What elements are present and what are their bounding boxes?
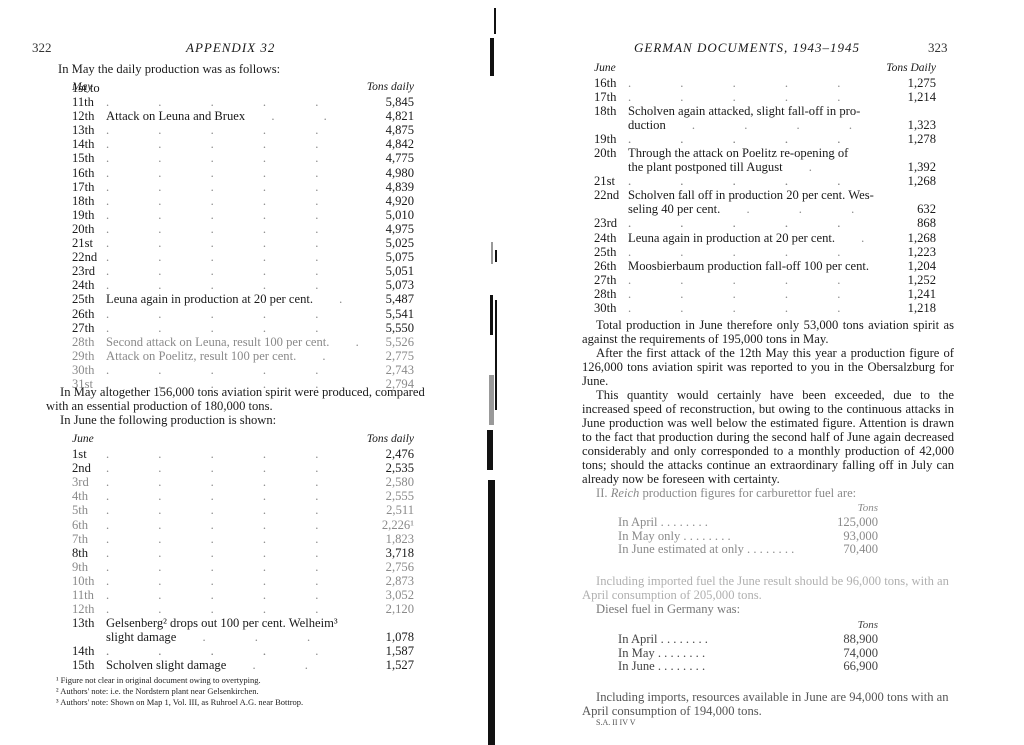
row-value: 1,252 <box>880 273 936 287</box>
row-day: 19th <box>72 208 106 222</box>
diesel-note: Including imports, resources available i… <box>582 690 954 728</box>
row-note: . . . . . . . . . . . . . . <box>628 90 880 104</box>
table-header: May Tons daily <box>72 79 414 95</box>
row-value: 4,975 <box>358 222 414 236</box>
table-row: 30th . . . . . . . . . . . . . .1,218 <box>594 301 936 315</box>
diesel-note-text: Including imports, resources available i… <box>582 690 954 718</box>
row-note: . . . . . . . . . . . . . . <box>106 546 358 560</box>
table-row: 4th . . . . . . . . . . . . . .2,555 <box>72 489 414 503</box>
table-row: 25th . . . . . . . . . . . . . .1,223 <box>594 245 936 259</box>
row-note: . . . . . . . . . . . . . . <box>628 216 880 230</box>
row-value: 5,487 <box>358 292 414 306</box>
table-row: 12thAttack on Leuna and Bruex . . . . . … <box>72 109 414 123</box>
row-day: 25th <box>72 292 106 306</box>
table-row: 15th Scholven slight damage . . . . . . … <box>72 658 414 672</box>
row-value: 2,775 <box>358 349 414 363</box>
col-value: Tons <box>618 619 878 633</box>
row-value: 1,241 <box>880 287 936 301</box>
row-value: 5,025 <box>358 236 414 250</box>
row-value: 2,555 <box>358 489 414 503</box>
row-value: 1,204 <box>880 259 936 273</box>
row-day: 13th <box>72 616 106 630</box>
row-note: . . . . . . . . . . . . . . <box>106 137 358 151</box>
row-day: 28th <box>594 287 628 301</box>
row-value: 1,214 <box>880 90 936 104</box>
row-note: . . . . . . . . . . . . . . <box>628 76 880 90</box>
table-row: 20th . . . . . . . . . . . . . .4,975 <box>72 222 414 236</box>
table-row: In May . . . . . . . .74,000 <box>618 647 878 661</box>
row-note: . . . . . . . . . . . . . . <box>106 560 358 574</box>
row-value: 5,073 <box>358 278 414 292</box>
row-value: 1,078 <box>358 630 414 644</box>
row-day: 30th <box>72 363 106 377</box>
row-value: 5,845 <box>358 95 414 109</box>
row-note: . . . . . . . . . . . . . . <box>628 287 880 301</box>
table-row: 28thSecond attack on Leuna, result 100 p… <box>72 335 414 349</box>
row-day: 14th <box>72 644 106 658</box>
row-note: . . . . . . . . . . . . . . <box>106 532 358 546</box>
table-row: 24th . . . . . . . . . . . . . .5,073 <box>72 278 414 292</box>
row-day: 15th <box>72 151 106 165</box>
table-row: 19th . . . . . . . . . . . . . .5,010 <box>72 208 414 222</box>
section-ii-heading: II. Reich production figures for carbure… <box>582 486 954 500</box>
table-row: 23rd . . . . . . . . . . . . . .5,051 <box>72 264 414 278</box>
table-row: 18th . . . . . . . . . . . . . .4,920 <box>72 194 414 208</box>
row-value: 5,550 <box>358 321 414 335</box>
row-day: 18th <box>72 194 106 208</box>
footnote-1: ¹ Figure not clear in original document … <box>56 675 436 686</box>
row-day: 3rd <box>72 475 106 489</box>
table-row: 5th . . . . . . . . . . . . . .2,511 <box>72 503 414 517</box>
left-page: 322 APPENDIX 32 In May the daily product… <box>0 0 470 745</box>
paragraph-3: This quantity would certainly have been … <box>582 388 954 486</box>
running-head: APPENDIX 32 <box>186 40 275 56</box>
table-row: 21st . . . . . . . . . . . . . .1,268 <box>594 174 936 188</box>
section-number: II. <box>596 486 611 500</box>
right-page: GERMAN DOCUMENTS, 1943–1945 323 June Ton… <box>560 0 1024 745</box>
table-row: 12th . . . . . . . . . . . . . .2,120 <box>72 602 414 616</box>
row-day: 23rd <box>72 264 106 278</box>
table-row: In June estimated at only . . . . . . . … <box>618 543 878 557</box>
row-value: 1,278 <box>880 132 936 146</box>
table-header: June Tons Daily <box>594 60 936 76</box>
row-note: . . . . . . . . . . . . . . <box>106 489 358 503</box>
col-value: Tons <box>618 502 878 516</box>
row-day: 19th <box>594 132 628 146</box>
row-day: 1st <box>72 447 106 461</box>
row-note: . . . . . . . . . . . . . . <box>106 518 358 532</box>
row-day: 10th <box>72 574 106 588</box>
row-note: . . . . . . . . . . . . . . <box>106 95 358 109</box>
row-value: 74,000 <box>808 647 878 661</box>
row-note: . . . . . . . . . . . . . . <box>106 307 358 321</box>
row-value: 4,920 <box>358 194 414 208</box>
row-note: Leuna again in production at 20 per cent… <box>106 292 358 306</box>
table-row: 1st . . . . . . . . . . . . . .2,476 <box>72 447 414 461</box>
row-day: 12th <box>72 602 106 616</box>
row-note: . . . . . . . . . . . . . . <box>628 273 880 287</box>
row-label: In May . . . . . . . . <box>618 647 808 661</box>
row-note: . . . . . . . . . . . . . . <box>106 180 358 194</box>
row-value: 4,775 <box>358 151 414 165</box>
intro-text: In May the daily production was as follo… <box>58 62 438 76</box>
table-row: 7th . . . . . . . . . . . . . .1,823 <box>72 532 414 546</box>
row-value: 1,323 <box>880 118 936 132</box>
row-label: In May only . . . . . . . . <box>618 530 808 544</box>
row-day: 11th <box>72 588 106 602</box>
row-value: 5,526 <box>358 335 414 349</box>
row-day: 20th <box>72 222 106 236</box>
table-row: 27th . . . . . . . . . . . . . .1,252 <box>594 273 936 287</box>
row-day: 6th <box>72 518 106 532</box>
row-day: 23rd <box>594 216 628 230</box>
row-value: 3,718 <box>358 546 414 560</box>
row-note: . . . . . . . . . . . . . . <box>106 574 358 588</box>
row-value: 5,051 <box>358 264 414 278</box>
row-label: In June estimated at only . . . . . . . … <box>618 543 808 557</box>
row-day: 8th <box>72 546 106 560</box>
table-row: 2nd . . . . . . . . . . . . . .2,535 <box>72 461 414 475</box>
table-row: 9th . . . . . . . . . . . . . .2,756 <box>72 560 414 574</box>
row-value: 2,580 <box>358 475 414 489</box>
row-value: 4,839 <box>358 180 414 194</box>
row-note: . . . . . . . . . . . . . . <box>106 222 358 236</box>
section-text: production figures for carburettor fuel … <box>639 486 856 500</box>
table-row: 13th Gelsenberg² drops out 100 per cent.… <box>72 616 414 644</box>
row-day: 17th <box>72 180 106 194</box>
table-row: 22ndScholven fall off in production 20 p… <box>594 188 936 216</box>
table-row: 13th . . . . . . . . . . . . . .4,875 <box>72 123 414 137</box>
row-value: 1,223 <box>880 245 936 259</box>
row-value: 1,823 <box>358 532 414 546</box>
diesel-intro: Diesel fuel in Germany was: <box>582 602 954 616</box>
row-day: 12th <box>72 109 106 123</box>
row-note: . . . . . . . . . . . . . . <box>106 264 358 278</box>
table-row: 25thLeuna again in production at 20 per … <box>72 292 414 306</box>
row-value: 1,268 <box>880 231 936 245</box>
table-row: 16th . . . . . . . . . . . . . .1,275 <box>594 76 936 90</box>
june-production-table-1: June Tons daily 1st . . . . . . . . . . … <box>72 431 414 672</box>
row-note: . . . . . . . . . . . . . . <box>106 447 358 461</box>
row-note: . . . . . . . . . . . . . . <box>106 166 358 180</box>
row-value: 1,218 <box>880 301 936 315</box>
row-value: 2,873 <box>358 574 414 588</box>
note-line-1: Gelsenberg² drops out 100 per cent. Welh… <box>106 616 338 630</box>
book-gutter <box>486 0 506 745</box>
row-value: 1,527 <box>358 658 414 672</box>
row-day: 14th <box>72 137 106 151</box>
row-value: 5,075 <box>358 250 414 264</box>
table-row: 17th . . . . . . . . . . . . . .4,839 <box>72 180 414 194</box>
page-number: 323 <box>928 40 948 56</box>
col-value: Tons Daily <box>886 60 936 76</box>
row-note: . . . . . . . . . . . <box>106 644 358 658</box>
table-row: 20thThrough the attack on Poelitz re-ope… <box>594 146 936 174</box>
table-row: 19th . . . . . . . . . . . . . .1,278 <box>594 132 936 146</box>
row-value: 1,275 <box>880 76 936 90</box>
june-intro: In June the following production is show… <box>46 413 436 427</box>
row-value: 2,120 <box>358 602 414 616</box>
row-day: 24th <box>594 231 628 245</box>
row-note: Scholven slight damage . . . . . . <box>106 658 358 672</box>
table-row: 24thLeuna again in production at 20 per … <box>594 230 936 244</box>
summary-line-2: with an essential production of 180,000 … <box>46 399 436 413</box>
col-value: Tons daily <box>367 79 414 95</box>
row-note: Moosbierbaum production fall-off 100 per… <box>628 259 880 273</box>
table-row: 10th . . . . . . . . . . . . . .2,873 <box>72 574 414 588</box>
row-note: Attack on Leuna and Bruex . . . . . . . … <box>106 109 358 123</box>
row-note: . . . . . . . . . . . . . . <box>106 194 358 208</box>
row-note: . . . . . . . . . . . . . . <box>106 363 358 377</box>
carburettor-fuel-table: Tons In April . . . . . . . .125,000In M… <box>618 502 878 557</box>
may-production-table: May Tons daily 1st to 11th . . . . . . .… <box>72 79 414 391</box>
row-note: . . . . . . . . . . . . . . <box>106 250 358 264</box>
row-value: 3,052 <box>358 588 414 602</box>
row-note: . . . . . . . . . . . . . . <box>106 588 358 602</box>
row-day: 18th <box>594 104 628 118</box>
row-day: 17th <box>594 90 628 104</box>
row-note: . . . . . . . . . . . . . . <box>628 245 880 259</box>
row-note: . . . . . . . . . . . . . . <box>106 475 358 489</box>
row-day: 22nd <box>594 188 628 202</box>
row-day: 20th <box>594 146 628 160</box>
table-row: 14th . . . . . . . . . . . 1,587 <box>72 644 414 658</box>
row-day: 9th <box>72 560 106 574</box>
table-row: 3rd . . . . . . . . . . . . . .2,580 <box>72 475 414 489</box>
row-day: 1st to 11th <box>72 81 106 109</box>
row-value: 66,900 <box>808 660 878 674</box>
row-value: 2,511 <box>358 503 414 517</box>
row-label: In April . . . . . . . . <box>618 633 808 647</box>
row-value: 70,400 <box>808 543 878 557</box>
row-day: 13th <box>72 123 106 137</box>
row-value: 4,980 <box>358 166 414 180</box>
row-value: 2,476 <box>358 447 414 461</box>
footnote-3: ³ Authors' note: Shown on Map 1, Vol. II… <box>56 697 436 708</box>
row-value: 125,000 <box>808 516 878 530</box>
row-day: 7th <box>72 532 106 546</box>
row-day: 29th <box>72 349 106 363</box>
row-day: 5th <box>72 503 106 517</box>
row-day: 4th <box>72 489 106 503</box>
note-text: Scholven slight damage <box>106 658 226 672</box>
row-note: . . . . . . . . . . . . . . <box>106 123 358 137</box>
signature-line: S.A. II IV V <box>582 718 954 728</box>
row-value: 1,392 <box>880 160 936 174</box>
carb-note-text: Including imported fuel the June result … <box>582 574 954 602</box>
row-note: . . . . . . . . . . . . . . <box>628 174 880 188</box>
running-head: GERMAN DOCUMENTS, 1943–1945 <box>634 40 860 56</box>
row-day: 16th <box>72 166 106 180</box>
table-row: 1st to 11th . . . . . . . . . . . . . .5… <box>72 95 414 109</box>
row-day: 15th <box>72 658 106 672</box>
row-value: 1,268 <box>880 174 936 188</box>
table-row: 16th . . . . . . . . . . . . . .4,980 <box>72 165 414 179</box>
row-value: 88,900 <box>808 633 878 647</box>
row-value: 5,541 <box>358 307 414 321</box>
june-production-table-2: June Tons Daily 16th . . . . . . . . . .… <box>594 60 936 315</box>
table-row: In April . . . . . . . .88,900 <box>618 633 878 647</box>
row-day: 28th <box>72 335 106 349</box>
table-row: 28th . . . . . . . . . . . . . .1,241 <box>594 287 936 301</box>
row-value: 4,875 <box>358 123 414 137</box>
row-value: 2,535 <box>358 461 414 475</box>
row-value: 2,743 <box>358 363 414 377</box>
table-row: 29thAttack on Poelitz, result 100 per ce… <box>72 349 414 363</box>
row-value: 1,587 <box>358 644 414 658</box>
table-header: June Tons daily <box>72 431 414 447</box>
diesel-fuel-table: Tons In April . . . . . . . .88,900In Ma… <box>618 619 878 674</box>
col-value: Tons daily <box>367 431 414 447</box>
row-note: . . . . . . . . . . . . . . <box>628 301 880 315</box>
row-note: . . . . . . . . . . . . . . <box>106 461 358 475</box>
table-row: In May only . . . . . . . .93,000 <box>618 530 878 544</box>
may-intro: In May the daily production was as follo… <box>58 62 438 76</box>
carburettor-note: Including imported fuel the June result … <box>582 574 954 616</box>
table-row: 18thScholven again attacked, slight fall… <box>594 104 936 132</box>
row-note: . . . . . . . . . . . . . . <box>628 132 880 146</box>
note-line-2: slight damage <box>106 630 176 644</box>
row-note: Attack on Poelitz, result 100 per cent. … <box>106 349 358 363</box>
row-value: 2,756 <box>358 560 414 574</box>
table-row: 21st . . . . . . . . . . . . . .5,025 <box>72 236 414 250</box>
row-value: 93,000 <box>808 530 878 544</box>
table-row: 27th . . . . . . . . . . . . . .5,550 <box>72 321 414 335</box>
table-row: 26th . . . . . . . . . . . . . .5,541 <box>72 306 414 320</box>
row-note: . . . . . . . . . . . . . . <box>106 278 358 292</box>
row-day: 21st <box>594 174 628 188</box>
row-value: 632 <box>880 202 936 216</box>
table-row: 23rd . . . . . . . . . . . . . .868 <box>594 216 936 230</box>
row-day: 22nd <box>72 250 106 264</box>
row-note: . . . . . . . . . . . . . . <box>106 151 358 165</box>
row-note: Second attack on Leuna, result 100 per c… <box>106 335 358 349</box>
paragraph-2: After the first attack of the 12th May t… <box>582 346 954 388</box>
table-row: In April . . . . . . . .125,000 <box>618 516 878 530</box>
table-row: 26thMoosbierbaum production fall-off 100… <box>594 259 936 273</box>
may-summary: In May altogether 156,000 tons aviation … <box>46 385 436 427</box>
summary-line-1: In May altogether 156,000 tons aviation … <box>46 385 436 399</box>
row-label: In April . . . . . . . . <box>618 516 808 530</box>
row-day: 2nd <box>72 461 106 475</box>
row-value: 4,842 <box>358 137 414 151</box>
col-month: June <box>72 431 94 447</box>
row-label: In June . . . . . . . . <box>618 660 808 674</box>
row-day: 27th <box>72 321 106 335</box>
table-row: 15th . . . . . . . . . . . . . .4,775 <box>72 151 414 165</box>
row-day: 27th <box>594 273 628 287</box>
table-row: In June . . . . . . . .66,900 <box>618 660 878 674</box>
section-italic: Reich <box>611 486 640 500</box>
paragraph-1: Total production in June therefore only … <box>582 318 954 346</box>
row-day: 21st <box>72 236 106 250</box>
row-day: 26th <box>72 307 106 321</box>
row-note: . . . . . . . . . . . . . . <box>106 208 358 222</box>
col-month: June <box>594 60 616 76</box>
table-row: 22nd . . . . . . . . . . . . . .5,075 <box>72 250 414 264</box>
row-value: 5,010 <box>358 208 414 222</box>
table-row: 14th . . . . . . . . . . . . . .4,842 <box>72 137 414 151</box>
row-note: . . . . . . . . . . . . . . <box>106 503 358 517</box>
row-note: Leuna again in production at 20 per cent… <box>628 231 880 245</box>
page-number: 322 <box>32 40 52 56</box>
table-row: 6th . . . . . . . . . . . . . .2,226¹ <box>72 517 414 531</box>
row-value: 2,226¹ <box>358 518 414 532</box>
row-note: . . . . . . . . . . . . . . <box>106 321 358 335</box>
table-row: 17th . . . . . . . . . . . . . .1,214 <box>594 90 936 104</box>
row-value: 4,821 <box>358 109 414 123</box>
row-note: . . . . . . . . . . . . . . <box>106 602 358 616</box>
footnote-2: ² Authors' note: i.e. the Nordstern plan… <box>56 686 436 697</box>
table-row: 30th . . . . . . . . . . . . . .2,743 <box>72 363 414 377</box>
row-note: . . . . . . . . . . . . . . <box>106 236 358 250</box>
footnotes: ¹ Figure not clear in original document … <box>56 675 436 708</box>
row-day: 26th <box>594 259 628 273</box>
table-row: 11th . . . . . . . . . . . . . .3,052 <box>72 588 414 602</box>
row-day: 24th <box>72 278 106 292</box>
june-commentary: Total production in June therefore only … <box>582 318 954 500</box>
row-day: 16th <box>594 76 628 90</box>
row-day: 30th <box>594 301 628 315</box>
table-row: 8th . . . . . . . . . . . . . .3,718 <box>72 546 414 560</box>
row-value: 868 <box>880 216 936 230</box>
row-day: 25th <box>594 245 628 259</box>
